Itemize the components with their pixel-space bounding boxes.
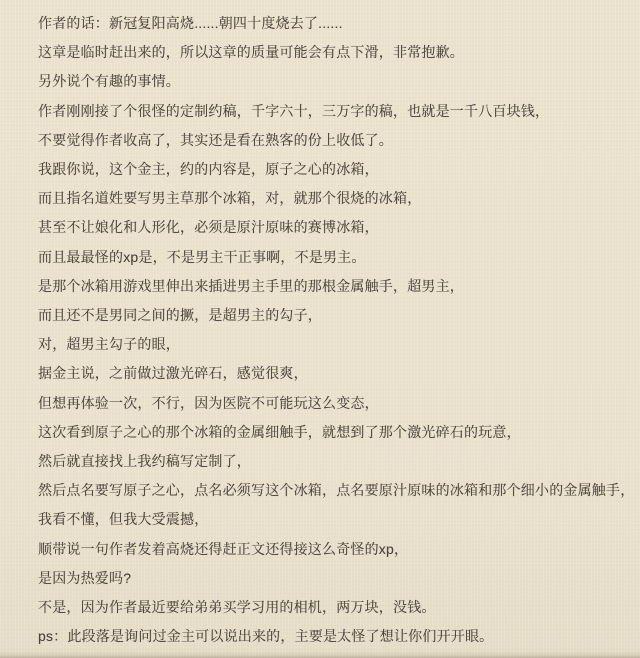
note-line: 甚至不让娘化和人形化，必须是原汁原味的赛博冰箱， (38, 213, 636, 242)
note-line: 这次看到原子之心的那个冰箱的金属细触手，就想到了那个激光碎石的玩意， (38, 418, 636, 447)
note-line: 是那个冰箱用游戏里伸出来插进男主手里的那根金属触手，超男主， (38, 272, 636, 301)
note-line: 然后就直接找上我约稿写定制了， (38, 447, 636, 476)
note-line: 另外说个有趣的事情。 (38, 67, 636, 96)
note-line: 不是，因为作者最近要给弟弟买学习用的相机，两万块，没钱。 (38, 593, 636, 622)
author-note-page: 作者的话：新冠复阳高烧......朝四十度烧去了......这章是临时赶出来的，… (0, 0, 640, 658)
author-note-text: 作者的话：新冠复阳高烧......朝四十度烧去了......这章是临时赶出来的，… (38, 9, 636, 651)
note-line: 不要觉得作者收高了，其实还是看在熟客的份上收低了。 (38, 126, 636, 155)
note-line: 作者刚刚接了个很怪的定制约稿，千字六十，三万字的稿，也就是一千八百块钱， (38, 97, 636, 126)
note-line: 我跟你说，这个金主，约的内容是，原子之心的冰箱， (38, 155, 636, 184)
note-line: 而且指名道姓要写男主草那个冰箱，对，就那个很烧的冰箱， (38, 184, 636, 213)
note-line: ps：此段落是询问过金主可以说出来的，主要是太怪了想让你们开开眼。 (38, 622, 636, 651)
note-line: 但想再体验一次，不行，因为医院不可能玩这么变态， (38, 389, 636, 418)
note-line: 这章是临时赶出来的，所以这章的质量可能会有点下滑，非常抱歉。 (38, 38, 636, 67)
note-line: 是因为热爱吗? (38, 564, 636, 593)
note-line: 据金主说，之前做过激光碎石，感觉很爽， (38, 359, 636, 388)
note-line: 我看不懂，但我大受震撼， (38, 505, 636, 534)
note-line: 而且还不是男同之间的撅，是超男主的勾子， (38, 301, 636, 330)
note-line: 对，超男主勾子的眼， (38, 330, 636, 359)
note-line: 作者的话：新冠复阳高烧......朝四十度烧去了...... (38, 9, 636, 38)
bottom-edge-shadow (0, 651, 640, 658)
note-line: 然后点名要写原子之心，点名必须写这个冰箱，点名要原汁原味的冰箱和那个细小的金属触… (38, 476, 636, 505)
note-line: 而且最最怪的xp是，不是男主干正事啊，不是男主。 (38, 243, 636, 272)
note-line: 顺带说一句作者发着高烧还得赶正文还得接这么奇怪的xp， (38, 535, 636, 564)
